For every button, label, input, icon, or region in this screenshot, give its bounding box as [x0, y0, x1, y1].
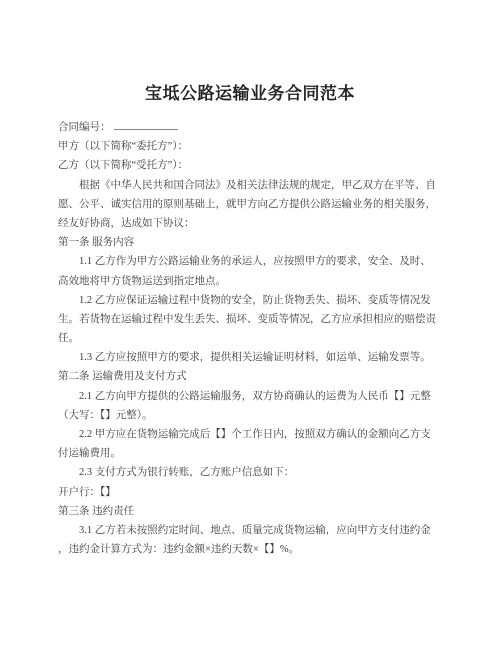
preamble-line: 根据《中华人民共和国合同法》及相关法律法规的规定，甲乙双方在平等、自 [58, 176, 442, 195]
clause-2-2-line: 付运输费用。 [58, 444, 442, 463]
contract-number-blank [114, 119, 178, 130]
preamble-line: 经友好协商，达成如下协议： [58, 214, 442, 233]
party-b-line: 乙方（以下简称“受托方”）： [58, 156, 442, 175]
contract-document-page: 宝坻公路运输业务合同范本 合同编号： 甲方（以下简称“委托方”）： 乙方（以下简… [0, 0, 500, 647]
clause-1-1-line: 高效地将甲方货物运送到指定地点。 [58, 272, 442, 291]
document-title: 宝坻公路运输业务合同范本 [0, 79, 500, 104]
section-2-heading: 第二条 运输费用及支付方式 [58, 367, 442, 386]
clause-1-2-line: 生。若货物在运输过程中发生丢失、损坏、变质等情况，乙方应承担相应的赔偿责 [58, 310, 442, 329]
document-body: 合同编号： 甲方（以下简称“委托方”）： 乙方（以下简称“受托方”）： 根据《中… [58, 118, 442, 559]
contract-number-line: 合同编号： [58, 118, 442, 137]
clause-2-2-line: 2.2 甲方应在货物运输完成后【】个工作日内，按照双方确认的金额向乙方支 [58, 425, 442, 444]
clause-1-1-line: 1.1 乙方作为甲方公路运输业务的承运人，应按照甲方的要求，安全、及时、 [58, 252, 442, 271]
party-a-line: 甲方（以下简称“委托方”）： [58, 137, 442, 156]
clause-2-1-line: 2.1 乙方向甲方提供的公路运输服务，双方协商确认的运费为人民币【】元整 [58, 387, 442, 406]
clause-1-3-line: 1.3 乙方应按照甲方的要求，提供相关运输证明材料，如运单、运输发票等。 [58, 348, 442, 367]
contract-number-label: 合同编号： [58, 122, 111, 133]
clause-2-3-line: 2.3 支付方式为银行转账，乙方账户信息如下： [58, 463, 442, 482]
section-3-heading: 第三条 违约责任 [58, 502, 442, 521]
section-1-heading: 第一条 服务内容 [58, 233, 442, 252]
bank-info-line: 开户行：【】 [58, 483, 442, 502]
clause-1-2-line: 1.2 乙方应保证运输过程中货物的安全，防止货物丢失、损坏、变质等情况发 [58, 291, 442, 310]
preamble-line: 愿、公平、诚实信用的原则基础上，就甲方向乙方提供公路运输业务的相关服务， [58, 195, 442, 214]
clause-3-1-line: ，违约金计算方式为：违约金额×违约天数×【】%。 [58, 540, 442, 559]
clause-1-2-line: 任。 [58, 329, 442, 348]
clause-2-1-line: （大写：【】元整）。 [58, 406, 442, 425]
clause-3-1-line: 3.1 乙方若未按照约定时间、地点、质量完成货物运输，应向甲方支付违约金 [58, 521, 442, 540]
